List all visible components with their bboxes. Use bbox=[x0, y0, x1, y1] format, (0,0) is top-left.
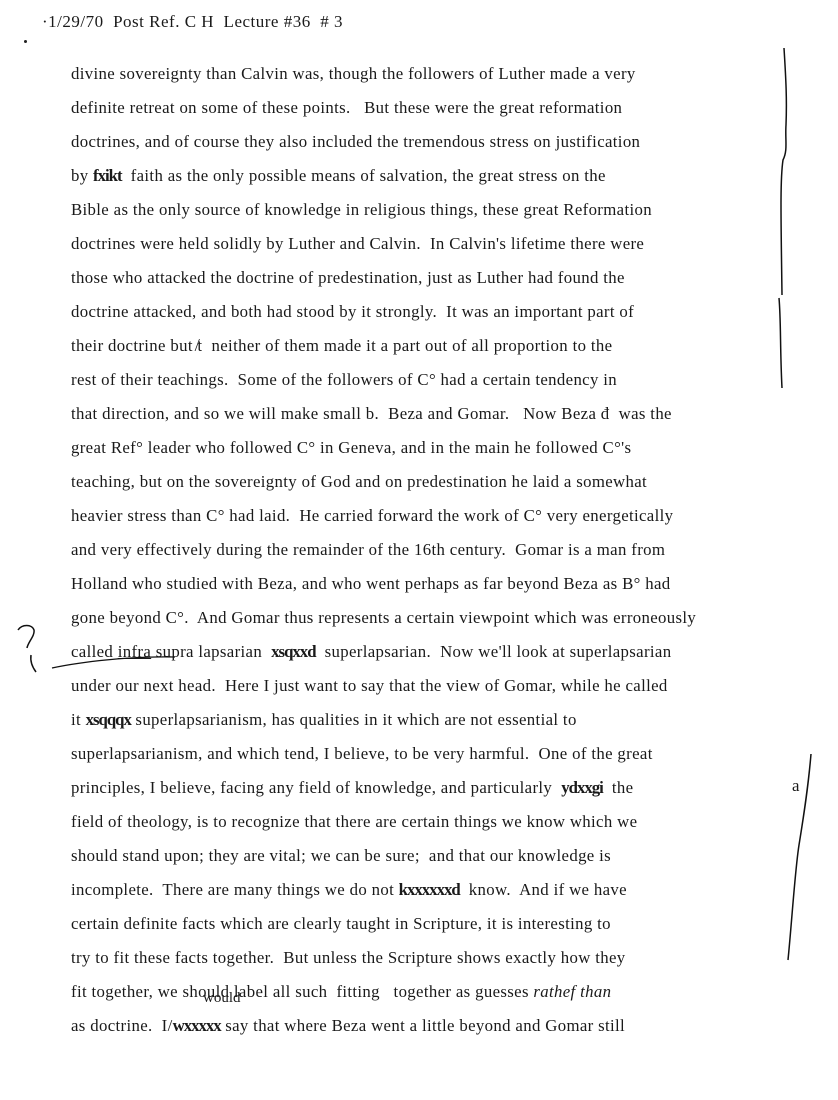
text-run: as doctrine. I/ bbox=[71, 1016, 173, 1035]
text-line: under our next head. Here I just want to… bbox=[71, 676, 668, 696]
text-run: faith as the only possible means of salv… bbox=[122, 166, 606, 185]
text-line: doctrines were held solidly by Luther an… bbox=[71, 234, 644, 254]
text-run: definite retreat on some of these points… bbox=[71, 98, 622, 117]
text-run: superlapsarianism, and which tend, I bel… bbox=[71, 744, 653, 763]
struck-out-text: kxxxxxxd bbox=[399, 880, 460, 899]
interlinear-insertion: would bbox=[203, 990, 241, 1007]
text-line: great Ref° leader who followed C° in Gen… bbox=[71, 438, 631, 458]
text-line: field of theology, is to recognize that … bbox=[71, 812, 637, 832]
text-run: those who attacked the doctrine of prede… bbox=[71, 268, 625, 287]
text-run: doctrines, and of course they also inclu… bbox=[71, 132, 640, 151]
text-line: divine sovereignty than Calvin was, thou… bbox=[71, 64, 636, 84]
struck-out-text: ydxxgi bbox=[561, 778, 603, 797]
text-line: gone beyond C°. And Gomar thus represent… bbox=[71, 608, 696, 628]
text-line: should stand upon; they are vital; we ca… bbox=[71, 846, 611, 866]
margin-note: a bbox=[792, 776, 799, 796]
text-line: doctrine attacked, and both had stood by… bbox=[71, 302, 634, 322]
text-line: incomplete. There are many things we do … bbox=[71, 880, 627, 900]
italic-text: rathef than bbox=[533, 982, 611, 1001]
struck-out-text: wxxxxx bbox=[173, 1016, 221, 1035]
text-run: principles, I believe, facing any field … bbox=[71, 778, 561, 797]
text-run: and very effectively during the remainde… bbox=[71, 540, 665, 559]
margin-bracket-1 bbox=[781, 48, 786, 295]
text-line: rest of their teachings. Some of the fol… bbox=[71, 370, 617, 390]
text-run: Bible as the only source of knowledge in… bbox=[71, 200, 652, 219]
text-run: say that where Beza went a little beyond… bbox=[221, 1016, 625, 1035]
text-run: gone beyond C°. And Gomar thus represent… bbox=[71, 608, 696, 627]
text-line: and very effectively during the remainde… bbox=[71, 540, 665, 560]
text-line: teaching, but on the sovereignty of God … bbox=[71, 472, 647, 492]
text-run: that direction, and so we will make smal… bbox=[71, 404, 672, 423]
text-run: supra lapsarian bbox=[151, 642, 271, 661]
text-line: Bible as the only source of knowledge in… bbox=[71, 200, 652, 220]
text-line: principles, I believe, facing any field … bbox=[71, 778, 633, 798]
text-run: it bbox=[71, 710, 86, 729]
text-line: those who attacked the doctrine of prede… bbox=[71, 268, 625, 288]
text-line: superlapsarianism, and which tend, I bel… bbox=[71, 744, 653, 764]
text-line: by fxikt faith as the only possible mean… bbox=[71, 166, 606, 186]
text-line: as doctrine. I/wxxxxx say that where Bez… bbox=[71, 1016, 625, 1036]
text-run: try to fit these facts together. But unl… bbox=[71, 948, 626, 967]
underlined-word: infra bbox=[118, 642, 151, 661]
text-run: know. And if we have bbox=[460, 880, 627, 899]
text-run: superlapsarian. Now we'll look at superl… bbox=[316, 642, 672, 661]
question-mark bbox=[18, 626, 34, 649]
text-run: incomplete. There are many things we do … bbox=[71, 880, 399, 899]
text-line: Holland who studied with Beza, and who w… bbox=[71, 574, 671, 594]
text-run: called bbox=[71, 642, 118, 661]
text-line: it xsqqqx superlapsarianism, has qualiti… bbox=[71, 710, 577, 730]
text-line: definite retreat on some of these points… bbox=[71, 98, 622, 118]
text-run: superlapsarianism, has qualities in it w… bbox=[131, 710, 577, 729]
stray-mark bbox=[24, 40, 27, 43]
text-line: doctrines, and of course they also inclu… bbox=[71, 132, 640, 152]
text-run: great Ref° leader who followed C° in Gen… bbox=[71, 438, 631, 457]
text-line: heavier stress than C° had laid. He carr… bbox=[71, 506, 673, 526]
struck-out-text: fxikt bbox=[93, 166, 122, 185]
text-run: by bbox=[71, 166, 93, 185]
text-run: fit together, we should label all such f… bbox=[71, 982, 533, 1001]
text-line: fit together, we should label all such f… bbox=[71, 982, 611, 1002]
text-run: teaching, but on the sovereignty of God … bbox=[71, 472, 647, 491]
text-run: doctrines were held solidly by Luther an… bbox=[71, 234, 644, 253]
text-run: divine sovereignty than Calvin was, thou… bbox=[71, 64, 636, 83]
text-run: the bbox=[603, 778, 634, 797]
page-header: ·1/29/70 Post Ref. C H Lecture #36 # 3 bbox=[42, 12, 343, 32]
text-line: called infra supra lapsarian xsqxxd supe… bbox=[71, 642, 671, 662]
text-run: their doctrine but ̸t neither of them ma… bbox=[71, 336, 612, 355]
text-line: their doctrine but ̸t neither of them ma… bbox=[71, 336, 612, 356]
struck-out-text: xsqxxd bbox=[271, 642, 315, 661]
text-run: doctrine attacked, and both had stood by… bbox=[71, 302, 634, 321]
text-run: Holland who studied with Beza, and who w… bbox=[71, 574, 671, 593]
text-line: try to fit these facts together. But unl… bbox=[71, 948, 626, 968]
text-line: that direction, and so we will make smal… bbox=[71, 404, 672, 424]
text-run: certain definite facts which are clearly… bbox=[71, 914, 611, 933]
text-run: under our next head. Here I just want to… bbox=[71, 676, 668, 695]
text-run: should stand upon; they are vital; we ca… bbox=[71, 846, 611, 865]
text-line: certain definite facts which are clearly… bbox=[71, 914, 611, 934]
text-run: field of theology, is to recognize that … bbox=[71, 812, 637, 831]
struck-out-text: xsqqqx bbox=[86, 710, 131, 729]
text-run: rest of their teachings. Some of the fol… bbox=[71, 370, 617, 389]
text-run: heavier stress than C° had laid. He carr… bbox=[71, 506, 673, 525]
margin-bracket-2 bbox=[779, 298, 782, 388]
